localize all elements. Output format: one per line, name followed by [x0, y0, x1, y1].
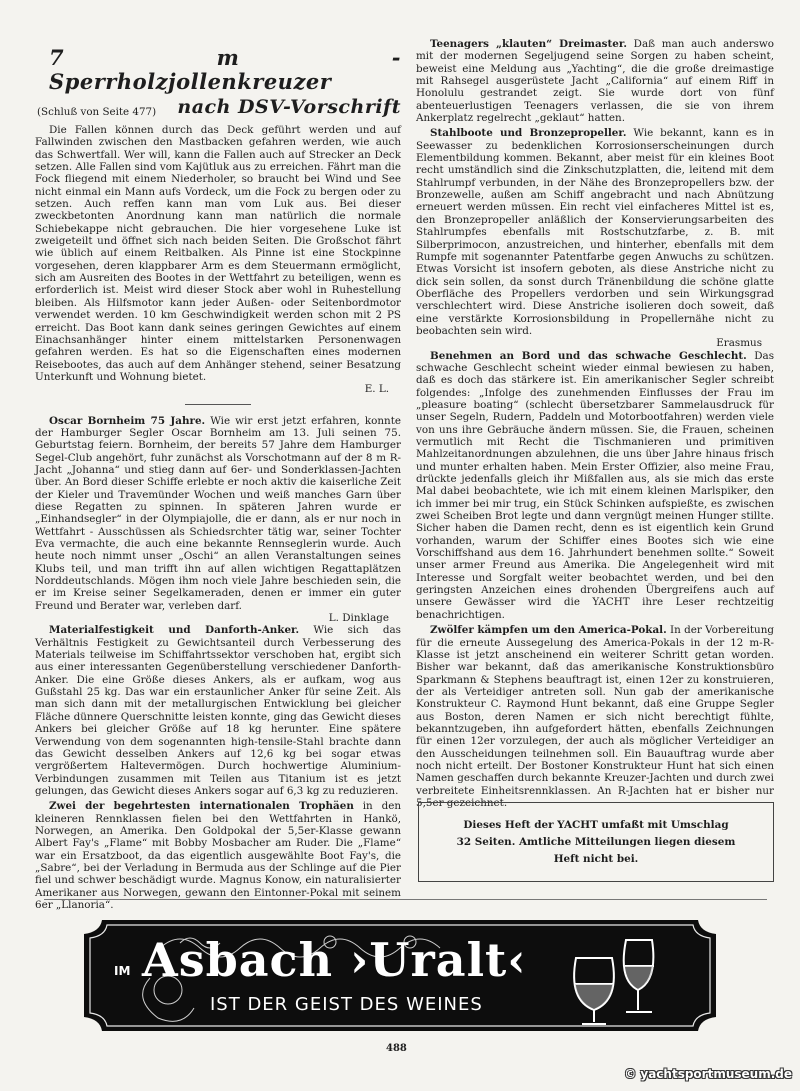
article-title-row: (Schluß von Seite 477) nach DSV-Vorschri…	[35, 96, 401, 118]
article-title-line2: nach DSV-Vorschrift	[177, 96, 401, 118]
ad-prefix: IM	[114, 964, 130, 978]
news-signature: L. Dinklage	[35, 612, 401, 624]
news-body: Wie wir erst jetzt erfahren, konnte der …	[35, 415, 401, 612]
notice-line: 32 Seiten. Amtliche Mitteilungen liegen …	[457, 834, 736, 851]
news-heading: Benehmen an Bord und das schwache Geschl…	[430, 350, 747, 362]
notice-box: Dieses Heft der YACHT umfaßt mit Umschla…	[418, 802, 774, 882]
news-body: Das schwache Geschlecht scheint wieder e…	[416, 350, 774, 621]
article-signature: E. L.	[35, 383, 401, 395]
news-heading: Teenagers „klauten“ Dreimaster.	[430, 38, 627, 50]
asbach-advertisement: IM Asbach ›Uralt‹ IST DER GEIST DES WEIN…	[80, 918, 720, 1033]
page-number: 488	[386, 1043, 407, 1054]
brandy-glasses-icon	[566, 920, 676, 1030]
news-item-zwoelfer: Zwölfer kämpfen um den America-Pokal. In…	[416, 624, 774, 809]
news-item-bornheim: Oscar Bornheim 75 Jahre. Wie wir erst je…	[35, 415, 401, 613]
continuation-reference: (Schluß von Seite 477)	[37, 106, 156, 118]
horizontal-rule	[44, 899, 767, 900]
news-item-danforth: Materialfestigkeit und Danforth-Anker. W…	[35, 624, 401, 797]
left-column: 7 m - Sperrholzjollenkreuzer (Schluß von…	[35, 38, 401, 911]
article-author: E. L.	[365, 383, 401, 395]
news-author: L. Dinklage	[329, 612, 401, 624]
right-column: Teenagers „klauten“ Dreimaster. Daß man …	[416, 38, 774, 809]
news-body: Daß man auch anderswo mit der modernen S…	[416, 38, 774, 124]
news-item-stahlboote: Stahlboote und Bronzepropeller. Wie beka…	[416, 127, 774, 337]
news-body: in den kleineren Rennklassen fielen bei …	[35, 800, 401, 911]
section-divider	[185, 404, 251, 405]
news-heading: Oscar Bornheim 75 Jahre.	[49, 415, 205, 427]
news-item-benehmen: Benehmen an Bord und das schwache Geschl…	[416, 350, 774, 622]
news-heading: Zwölfer kämpfen um den America-Pokal.	[430, 624, 667, 636]
news-heading: Stahlboote und Bronzepropeller.	[430, 127, 627, 139]
article-title-line1: 7 m - Sperrholzjollenkreuzer	[49, 46, 401, 94]
notice-line: Heft nicht bei.	[457, 851, 736, 868]
news-signature: Erasmus	[416, 337, 774, 349]
news-body: Wie bekannt, kann es in Seewasser zu bed…	[416, 127, 774, 337]
news-heading: Zwei der begehrtesten internationalen Tr…	[49, 800, 354, 812]
news-item-trophies: Zwei der begehrtesten internationalen Tr…	[35, 800, 401, 911]
news-author: Erasmus	[716, 337, 774, 349]
ad-slogan: IST DER GEIST DES WEINES	[210, 994, 483, 1015]
news-body: Wie sich das Verhältnis Festigkeit zu Ge…	[35, 624, 401, 796]
ad-brand: Asbach ›Uralt‹	[142, 932, 527, 988]
news-body: In der Vorbereitung für die erneute Auss…	[416, 624, 774, 809]
news-item-teenagers: Teenagers „klauten“ Dreimaster. Daß man …	[416, 38, 774, 124]
article-body: Die Fallen können durch das Deck geführt…	[35, 124, 401, 383]
notice-line: Dieses Heft der YACHT umfaßt mit Umschla…	[457, 817, 736, 834]
news-heading: Materialfestigkeit und Danforth-Anker.	[49, 624, 299, 636]
watermark: © yachtsportmuseum.de	[624, 1067, 792, 1081]
